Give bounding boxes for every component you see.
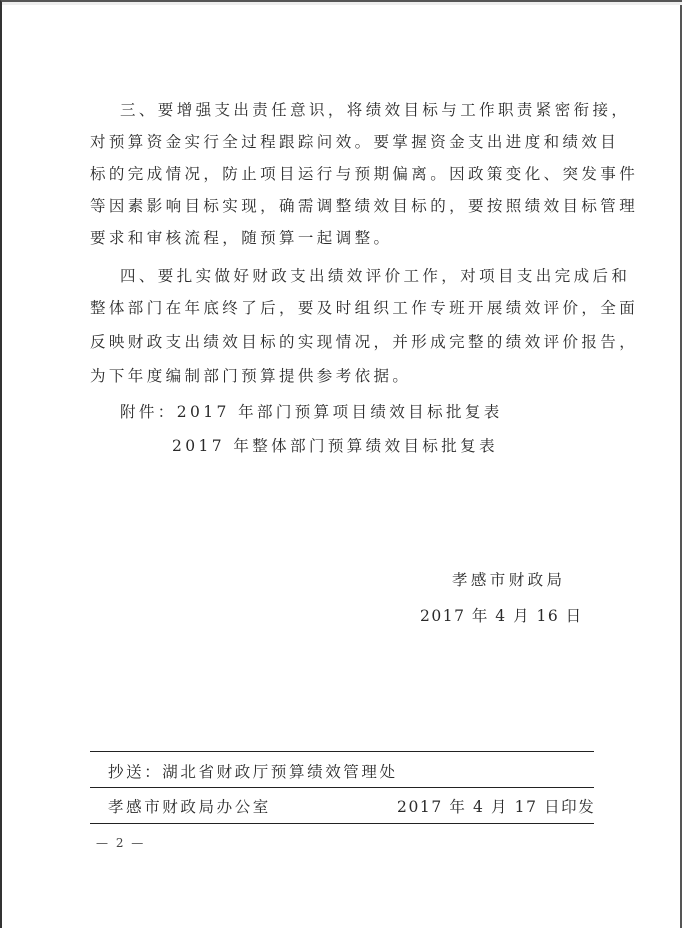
paragraph-line: 整体部门在年底终了后，要及时组织工作专班开展绩效评价，全面	[90, 296, 638, 318]
attachment-line-1: 附件：2017 年部门预算项目绩效目标批复表	[120, 400, 503, 422]
page-number: — 2 —	[96, 836, 145, 850]
issue-date: 2017 年 4 月 16 日	[420, 604, 583, 626]
attachment-line-2: 2017 年整体部门预算绩效目标批复表	[172, 434, 498, 456]
page-top-band	[2, 2, 682, 5]
paragraph-line: 要求和审核流程，随预算一起调整。	[90, 226, 392, 248]
cc-line: 抄送：湖北省财政厅预算绩效管理处	[108, 760, 398, 782]
paragraph-line: 对预算资金实行全过程跟踪问效。要掌握资金支出进度和绩效目	[90, 130, 619, 152]
office-name: 孝感市财政局办公室	[108, 795, 271, 817]
footer-rule-top	[90, 751, 594, 752]
paragraph-line: 标的完成情况，防止项目运行与预期偏离。因政策变化、突发事件	[90, 162, 638, 184]
print-date: 2017 年 4 月 17 日印发	[397, 795, 595, 817]
footer-rule-middle	[90, 787, 594, 788]
paragraph-line: 为下年度编制部门预算提供参考依据。	[90, 364, 411, 386]
footer-rule-bottom	[90, 823, 594, 824]
issuer-name: 孝感市财政局	[452, 568, 565, 590]
paragraph-line: 等因素影响目标实现，确需调整绩效目标的，要按照绩效目标管理	[90, 194, 638, 216]
paragraph-line: 三、要增强支出责任意识，将绩效目标与工作职责紧密衔接，	[120, 98, 630, 120]
paragraph-line: 反映财政支出绩效目标的实现情况，并形成完整的绩效评价报告，	[90, 330, 638, 352]
paragraph-line: 四、要扎实做好财政支出绩效评价工作，对项目支出完成后和	[120, 264, 630, 286]
